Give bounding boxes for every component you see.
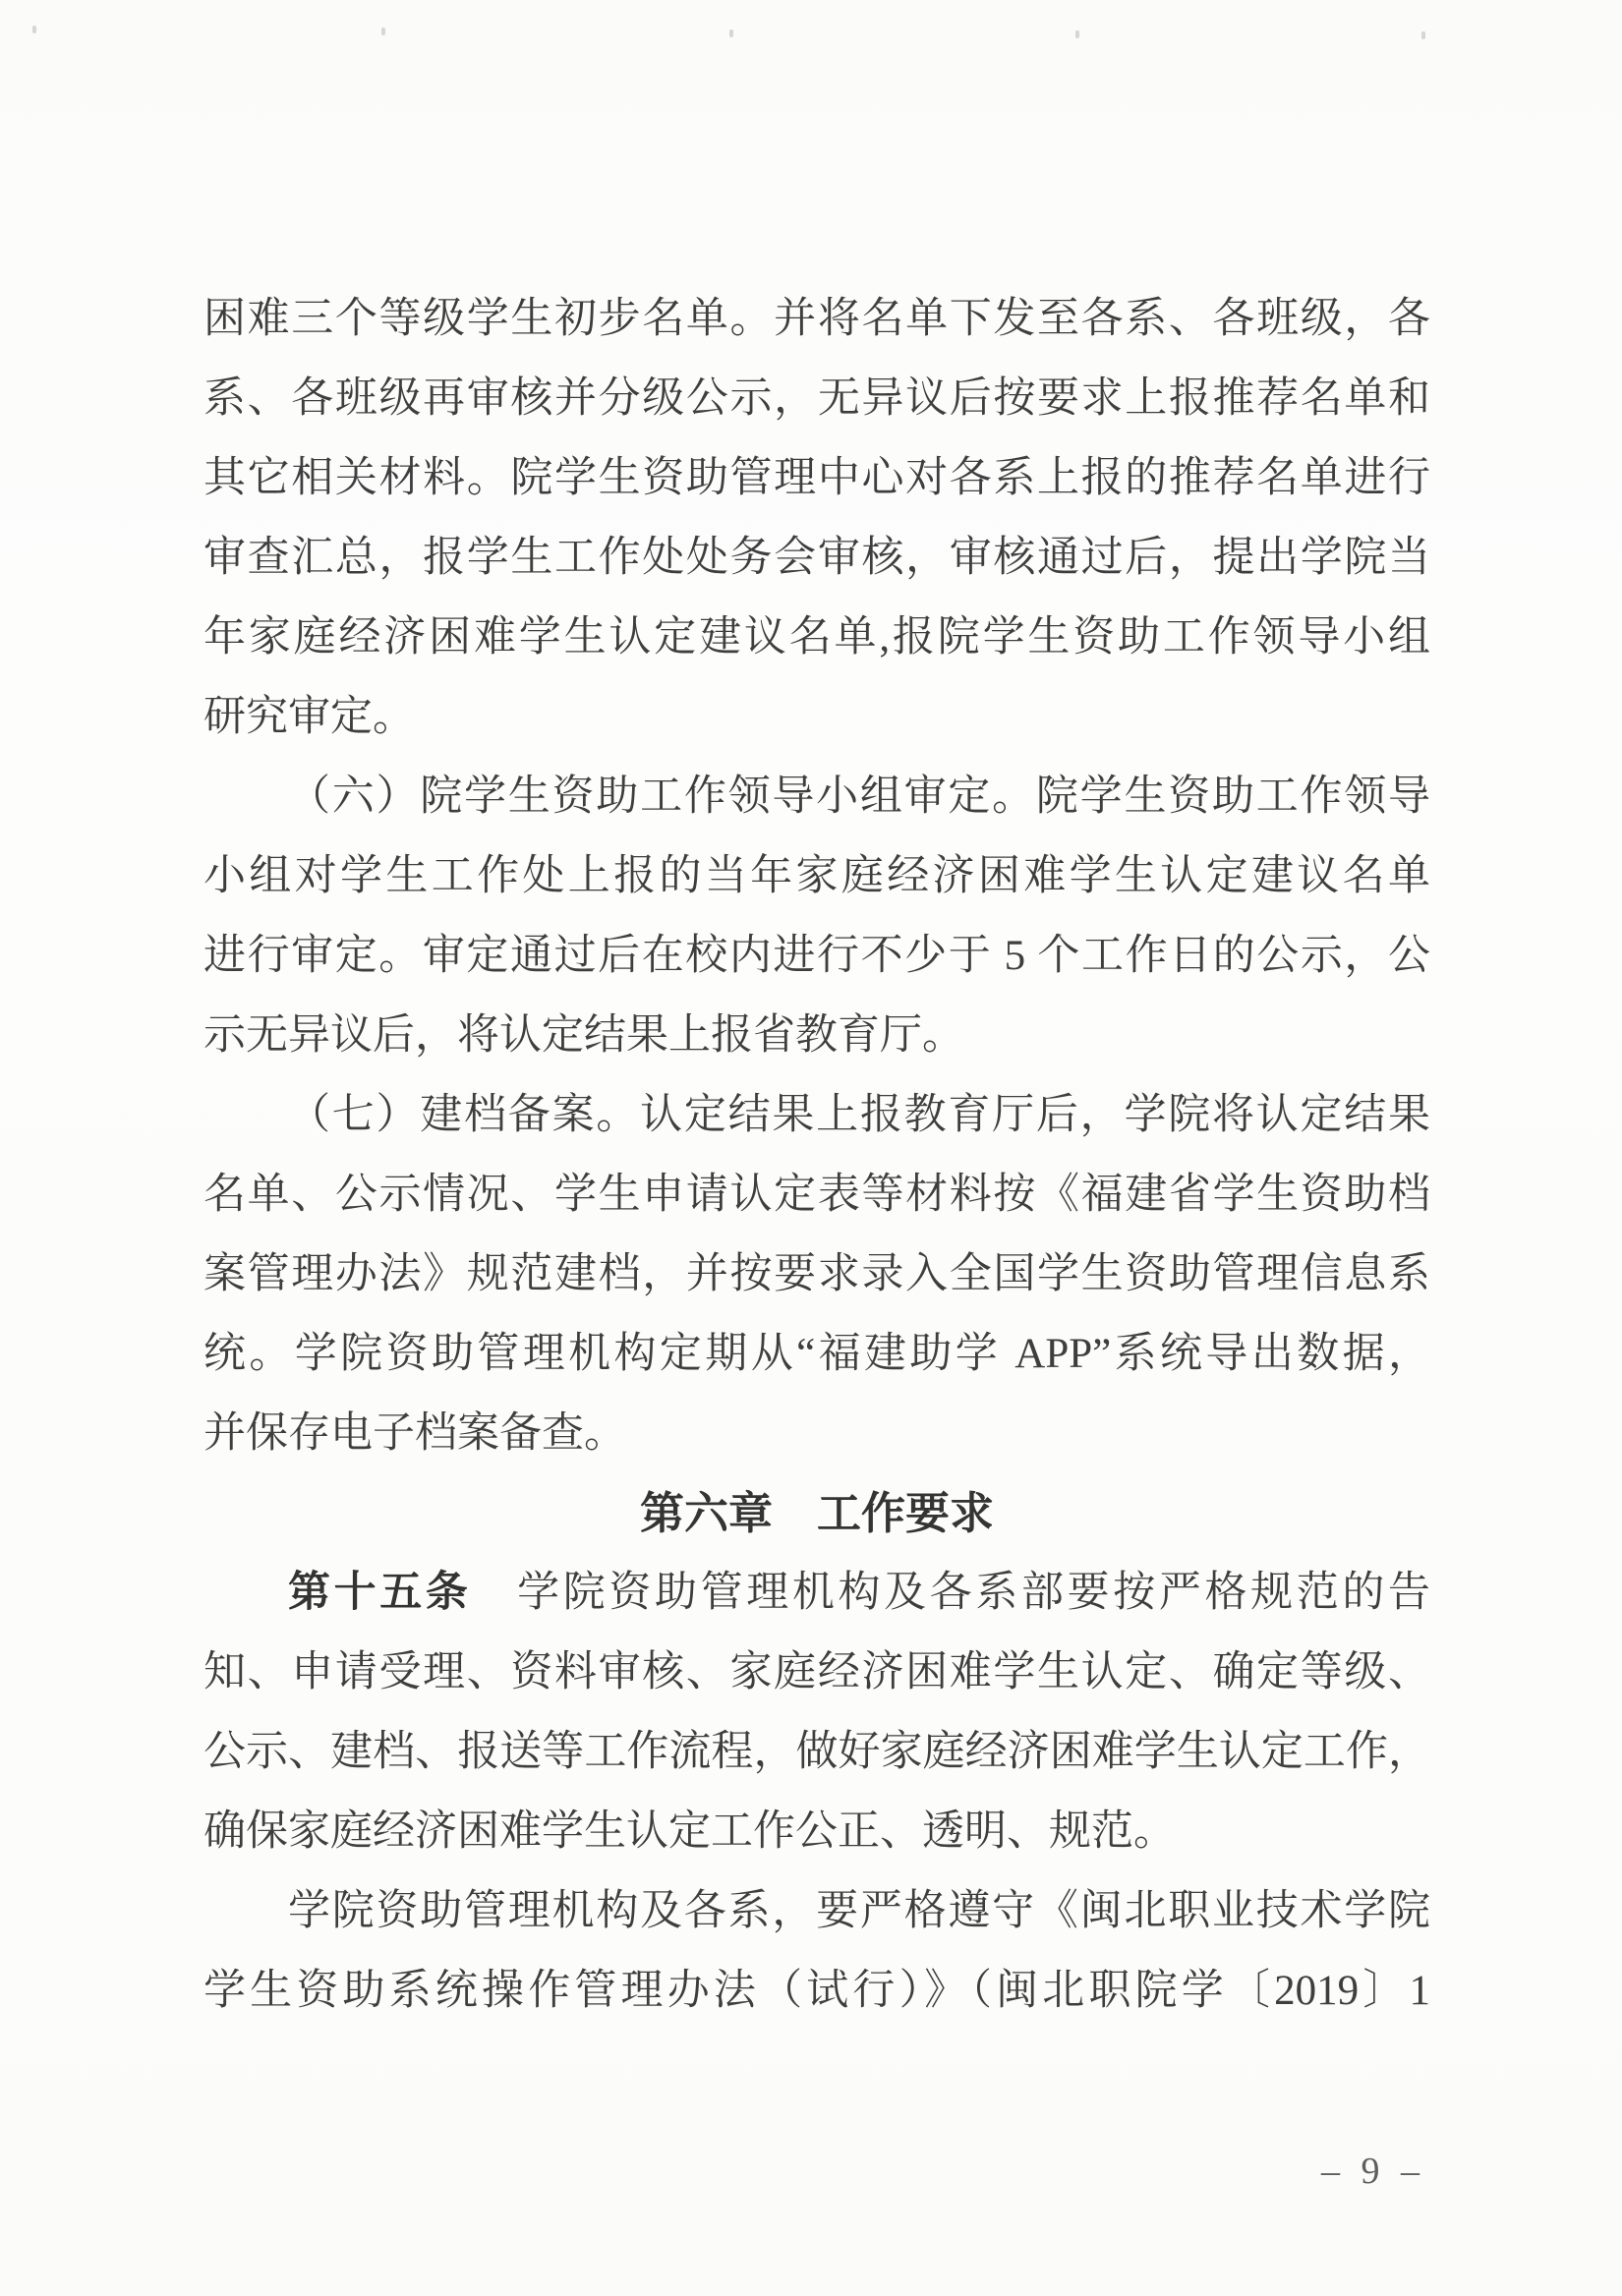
scan-speck [1075, 30, 1079, 38]
scan-speck [381, 28, 385, 35]
text-line: 示无异议后，将认定结果上报省教育厅。 [203, 996, 1430, 1075]
text-line: 第十五条 学院资助管理机构及各系部要按严格规范的告 [203, 1553, 1430, 1633]
page-number: – 9 – [1321, 2147, 1425, 2196]
scan-speck [729, 29, 733, 37]
text-line: 学院资助管理机构及各系，要严格遵守《闽北职业技术学院 [203, 1871, 1430, 1951]
text-line: 审查汇总，报学生工作处处务会审核，审核通过后，提出学院当 [203, 518, 1430, 598]
scan-speck [32, 26, 36, 33]
text-line: 确保家庭经济困难学生认定工作公正、透明、规范。 [203, 1792, 1430, 1871]
text-line: 进行审定。审定通过后在校内进行不少于 5 个工作日的公示，公 [203, 916, 1430, 996]
chapter-heading: 第六章 工作要求 [203, 1473, 1430, 1553]
scan-speck [1421, 31, 1425, 39]
text-run: 学院资助管理机构及各系部要按严格规范的告 [472, 1570, 1431, 1616]
text-line: （七）建档备案。认定结果上报教育厅后，学院将认定结果 [203, 1075, 1430, 1155]
article-number-bold: 第十五条 [288, 1570, 472, 1616]
text-line: 知、申请受理、资料审核、家庭经济困难学生认定、确定等级、 [203, 1633, 1430, 1712]
text-line: 小组对学生工作处上报的当年家庭经济困难学生认定建议名单 [203, 836, 1430, 916]
text-line: 并保存电子档案备查。 [203, 1394, 1430, 1473]
document-page: 困难三个等级学生初步名单。并将名单下发至各系、各班级，各系、各班级再审核并分级公… [0, 0, 1622, 2296]
document-body: 困难三个等级学生初步名单。并将名单下发至各系、各班级，各系、各班级再审核并分级公… [203, 279, 1430, 2031]
text-line: 研究审定。 [203, 677, 1430, 757]
text-line: 困难三个等级学生初步名单。并将名单下发至各系、各班级，各 [203, 279, 1430, 359]
text-line: 年家庭经济困难学生认定建议名单,报院学生资助工作领导小组 [203, 598, 1430, 677]
text-line: 名单、公示情况、学生申请认定表等材料按《福建省学生资助档 [203, 1155, 1430, 1234]
text-line: 公示、建档、报送等工作流程，做好家庭经济困难学生认定工作， [203, 1712, 1430, 1792]
text-line: 其它相关材料。院学生资助管理中心对各系上报的推荐名单进行 [203, 438, 1430, 518]
text-line: 系、各班级再审核并分级公示，无异议后按要求上报推荐名单和 [203, 359, 1430, 438]
text-line: 统。学院资助管理机构定期从“福建助学 APP”系统导出数据， [203, 1314, 1430, 1394]
text-line: 学生资助系统操作管理办法（试行）》（闽北职院学〔2019〕1 [203, 1951, 1430, 2031]
text-line: 案管理办法》规范建档，并按要求录入全国学生资助管理信息系 [203, 1234, 1430, 1314]
text-line: （六）院学生资助工作领导小组审定。院学生资助工作领导 [203, 757, 1430, 836]
